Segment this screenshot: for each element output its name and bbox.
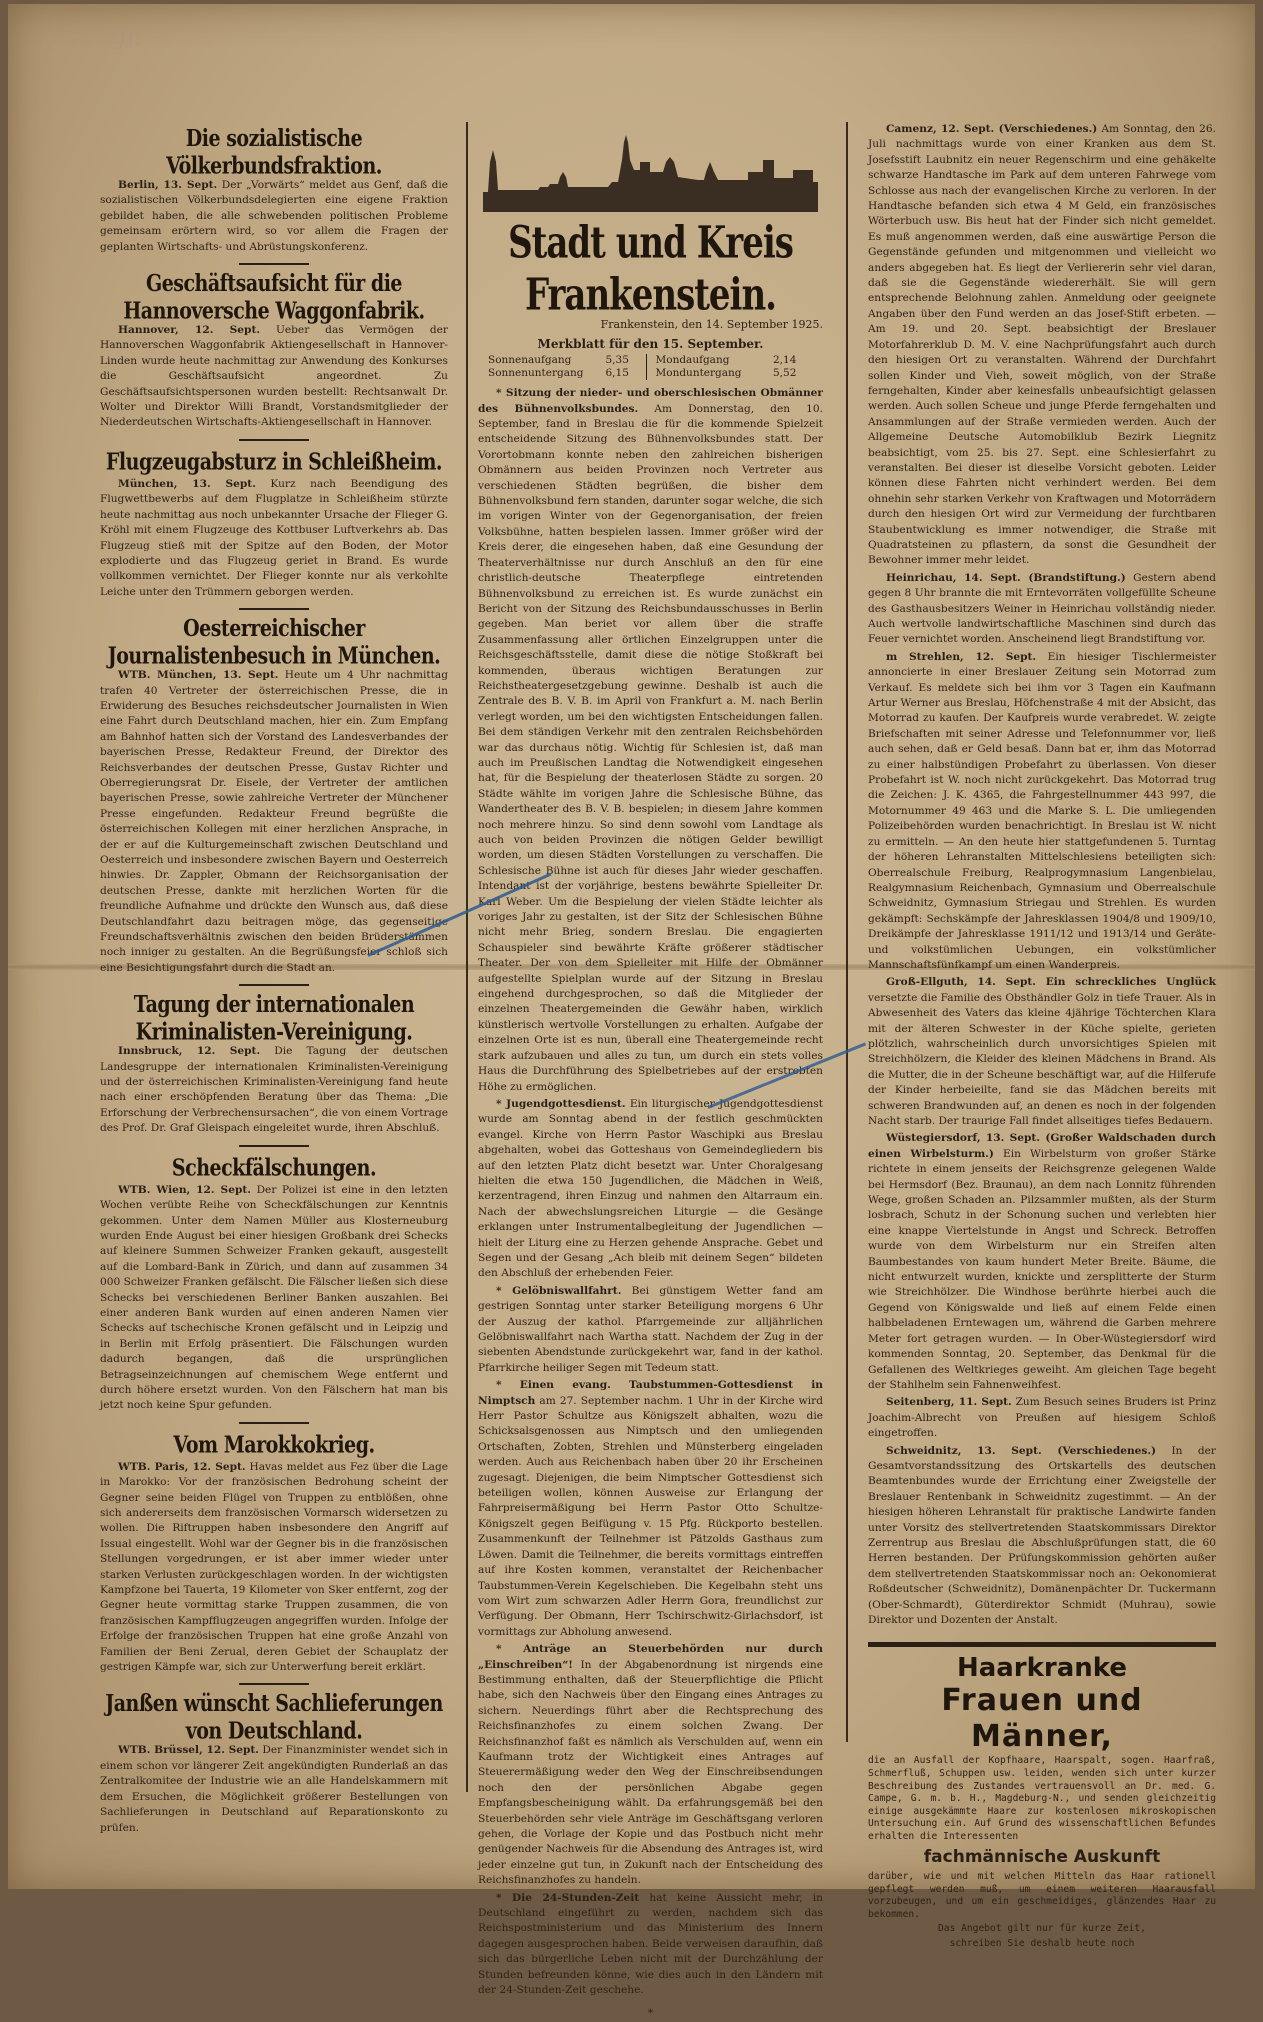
article-headline: Vom Marokkokrieg.	[100, 1431, 448, 1459]
article-headline: Die sozialistische Völkerbundsfraktion.	[100, 125, 448, 180]
almanac-value: 5,52	[773, 367, 813, 380]
news-item: Schweidnitz, 13. Sept. (Verschiedenes.) …	[868, 1444, 1216, 1629]
article-dateline: Innsbruck, 12. Sept.	[118, 1045, 260, 1057]
article-text: Der Finanzminister wendet sich in einem …	[100, 1744, 448, 1833]
almanac-table: Sonnenaufgang 5,35 Mondaufgang 2,14 Sonn…	[488, 354, 813, 380]
news-item: Wüstegiersdorf, 13. Sept. (Großer Waldsc…	[868, 1131, 1216, 1393]
news-item: * Jugendgottesdienst. Ein liturgischer J…	[478, 1097, 823, 1282]
article-dateline: Hannover, 12. Sept.	[118, 324, 260, 336]
city-skyline-illustration	[478, 132, 823, 212]
ad-body: die an Ausfall der Kopfhaare, Haarspalt,…	[868, 1755, 1216, 1843]
almanac-label: Mondaufgang	[656, 354, 774, 367]
article-headline: Janßen wünscht Sachlieferungen von Deuts…	[100, 1690, 448, 1745]
right-column: Camenz, 12. Sept. (Verschiedenes.) Am So…	[868, 122, 1216, 1893]
news-item-text: Ein liturgischer Jugendgottesdienst wurd…	[478, 1098, 823, 1279]
article-text: Ueber das Vermögen der Hannoverschen Wag…	[100, 324, 448, 428]
news-item: Camenz, 12. Sept. (Verschiedenes.) Am So…	[868, 122, 1216, 569]
article-dateline: WTB. München, 13. Sept.	[118, 669, 278, 681]
article-text: Der Polizei ist eine in den letzten Woch…	[100, 1184, 448, 1412]
regional-news-list: Camenz, 12. Sept. (Verschiedenes.) Am So…	[868, 122, 1216, 1628]
article-separator	[239, 263, 309, 265]
news-item-dateline: Camenz, 12. Sept. (Verschiedenes.)	[886, 123, 1097, 135]
article-body: WTB. Brüssel, 12. Sept. Der Finanzminist…	[100, 1743, 448, 1835]
news-item-text: In der Abgabenordnung ist nirgends eine …	[478, 1659, 823, 1887]
news-item: Heinrichau, 14. Sept. (Brandstiftung.) G…	[868, 571, 1216, 648]
news-item-text: In der Gesamtvorstandssitzung des Ortska…	[868, 1445, 1216, 1626]
almanac-title: Merkblatt für den 15. September.	[478, 337, 823, 352]
news-item-dateline: * Jugendgottesdienst.	[496, 1098, 626, 1110]
article-text: Heute um 4 Uhr nachmittag trafen 40 Vert…	[100, 669, 448, 974]
ad-subheadline: Frauen und Männer,	[868, 1683, 1216, 1755]
article-dateline: WTB. Wien, 12. Sept.	[118, 1184, 251, 1196]
article-headline: Scheckfälschungen.	[100, 1154, 448, 1182]
news-item-text: versetzte die Familie des Obsthändler Go…	[868, 992, 1216, 1127]
article-body: Berlin, 13. Sept. Der „Vorwärts“ meldet …	[100, 178, 448, 255]
news-item-dateline: Schweidnitz, 13. Sept. (Verschiedenes.)	[886, 1445, 1156, 1457]
left-column: Die sozialistische Völkerbundsfraktion.B…	[100, 122, 448, 1838]
article-body: München, 13. Sept. Kurz nach Beendigung …	[100, 477, 448, 600]
news-item: * Gelöbniswallfahrt. Bei günstigem Wette…	[478, 1284, 823, 1376]
almanac-value: 5,35	[606, 354, 646, 367]
article-body: Hannover, 12. Sept. Ueber das Vermögen d…	[100, 323, 448, 431]
news-item-text: am 27. September nachm. 1 Uhr in der Kir…	[478, 1395, 823, 1638]
margin-note: Jr.	[118, 26, 142, 51]
almanac-value: 6,15	[606, 367, 646, 380]
article-dateline: Berlin, 13. Sept.	[118, 179, 217, 191]
news-item: * Einen evang. Taubstummen-Gottesdienst …	[478, 1378, 823, 1640]
article-body: Innsbruck, 12. Sept. Die Tagung der deut…	[100, 1044, 448, 1136]
column-rule-left	[466, 122, 468, 1792]
article-separator	[239, 984, 309, 986]
section-masthead: Stadt und Kreis Frankenstein.	[478, 217, 823, 321]
almanac-label: Sonnenuntergang	[488, 367, 606, 380]
article-headline: Geschäftsaufsicht für die Hannoversche W…	[100, 270, 448, 325]
article-dateline: WTB. Paris, 12. Sept.	[118, 1461, 246, 1473]
article-separator	[239, 608, 309, 610]
news-item-text: Am Sonntag, den 26. Juli nachmittags wur…	[868, 123, 1216, 566]
news-item: Seitenberg, 11. Sept. Zum Besuch seines …	[868, 1395, 1216, 1441]
middle-column: Stadt und Kreis Frankenstein. Frankenste…	[478, 122, 823, 1893]
article-dateline: WTB. Brüssel, 12. Sept.	[118, 1744, 259, 1756]
article-separator	[239, 1422, 309, 1424]
column-rule-right	[846, 122, 848, 1742]
article-text: Die Tagung der deutschen Landesgruppe de…	[100, 1045, 448, 1134]
advertisement-haarkranke: Haarkranke Frauen und Männer, die an Aus…	[868, 1642, 1216, 1893]
news-item-dateline: Seitenberg, 11. Sept.	[886, 1396, 1012, 1408]
news-item: * Anträge an Steuerbehörden nur durch „E…	[478, 1642, 823, 1889]
newspaper-page: Jr. Die sozialistische Völkerbundsfrakti…	[8, 4, 1255, 1889]
article-separator	[239, 439, 309, 441]
news-item: Groß-Ellguth, 14. Sept. Ein schreckliche…	[868, 975, 1216, 1129]
news-item-dateline: m Strehlen, 12. Sept.	[886, 651, 1036, 663]
almanac-label: Monduntergang	[656, 367, 774, 380]
ad-headline: Haarkranke	[868, 1653, 1216, 1683]
article-body: WTB. Wien, 12. Sept. Der Polizei ist ein…	[100, 1183, 448, 1414]
news-item-dateline: * Gelöbniswallfahrt.	[496, 1285, 621, 1297]
article-body: WTB. Paris, 12. Sept. Havas meldet aus F…	[100, 1460, 448, 1676]
article-headline: Tagung der internationalen Kriminalisten…	[100, 991, 448, 1046]
article-separator	[239, 1145, 309, 1147]
article-headline: Oesterreichischer Journalistenbesuch in …	[100, 615, 448, 670]
news-item-dateline: Heinrichau, 14. Sept. (Brandstiftung.)	[886, 572, 1126, 584]
article-headline: Flugzeugabsturz in Schleißheim.	[100, 448, 448, 476]
news-item-text: Ein hiesiger Tischlermeister annoncierte…	[868, 651, 1216, 971]
almanac-divider	[646, 354, 656, 380]
news-item: * Sitzung der nieder- und oberschlesisch…	[478, 386, 823, 1095]
ad-emphasis: fachmännische Auskunft	[868, 1850, 1216, 1865]
article-body: WTB. München, 13. Sept. Heute um 4 Uhr n…	[100, 668, 448, 976]
news-item-text: Bei günstigem Wetter fand am gestrigen S…	[478, 1285, 823, 1374]
ad-body-continued: darüber, wie und mit welchen Mitteln das…	[868, 1871, 1216, 1893]
article-dateline: München, 13. Sept.	[118, 478, 256, 490]
article-separator	[239, 1683, 309, 1685]
article-text: Havas meldet aus Fez über die Lage in Ma…	[100, 1461, 448, 1673]
news-item-text: Ein Wirbelsturm von großer Stärke richte…	[868, 1148, 1216, 1391]
news-item: m Strehlen, 12. Sept. Ein hiesiger Tisch…	[868, 650, 1216, 974]
local-news-list: * Sitzung der nieder- und oberschlesisch…	[478, 386, 823, 1893]
almanac-label: Sonnenaufgang	[488, 354, 606, 367]
news-item-dateline: Groß-Ellguth, 14. Sept. Ein schreckliche…	[886, 976, 1216, 988]
almanac-value: 2,14	[773, 354, 813, 367]
news-item-text: Am Donnerstag, den 10. September, fand i…	[478, 403, 823, 1093]
article-text: Kurz nach Beendigung des Flugwettbewerbs…	[100, 478, 448, 598]
